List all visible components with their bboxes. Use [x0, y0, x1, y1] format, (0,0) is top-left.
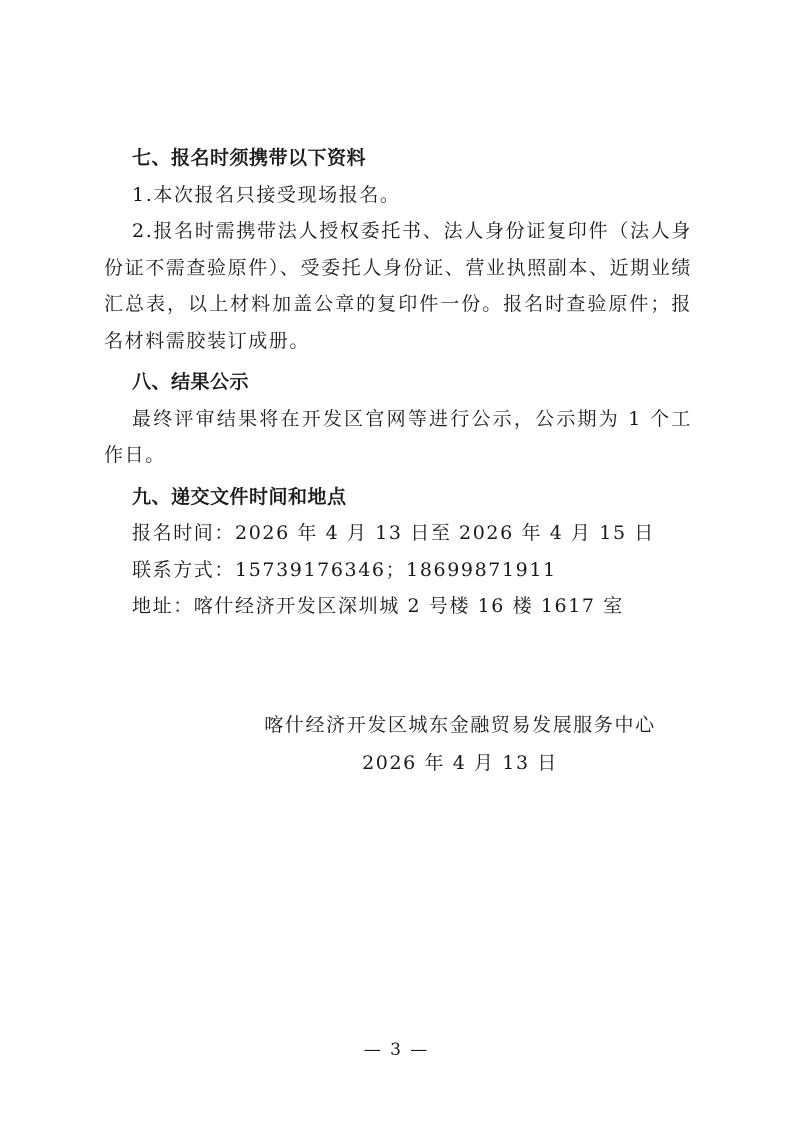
- signature-organization: 喀什经济开发区城东金融贸易发展服务中心: [240, 710, 680, 737]
- contact-info: 联系方式：15739176346；18699871911: [104, 552, 692, 589]
- page-number: — 3 —: [0, 1040, 793, 1060]
- address: 地址：喀什经济开发区深圳城 2 号楼 16 楼 1617 室: [104, 588, 692, 625]
- signature-date: 2026 年 4 月 13 日: [240, 748, 680, 775]
- section-registration-materials: 七、报名时须携带以下资料 1.本次报名只接受现场报名。 2.报名时需携带法人授权…: [104, 140, 692, 359]
- document-body: 七、报名时须携带以下资料 1.本次报名只接受现场报名。 2.报名时需携带法人授权…: [104, 140, 692, 625]
- paragraph: 最终评审结果将在开发区官网等进行公示，公示期为 1 个工作日。: [104, 401, 692, 474]
- registration-time: 报名时间：2026 年 4 月 13 日至 2026 年 4 月 15 日: [104, 515, 692, 552]
- document-page: 七、报名时须携带以下资料 1.本次报名只接受现场报名。 2.报名时需携带法人授权…: [0, 0, 793, 1122]
- paragraph: 2.报名时需携带法人授权委托书、法人身份证复印件（法人身份证不需查验原件）、受委…: [104, 213, 692, 359]
- section-heading: 九、递交文件时间和地点: [104, 479, 692, 516]
- section-result-announcement: 八、结果公示 最终评审结果将在开发区官网等进行公示，公示期为 1 个工作日。: [104, 364, 692, 474]
- section-submission-time-place: 九、递交文件时间和地点 报名时间：2026 年 4 月 13 日至 2026 年…: [104, 479, 692, 625]
- section-heading: 七、报名时须携带以下资料: [104, 140, 692, 177]
- section-heading: 八、结果公示: [104, 364, 692, 401]
- paragraph: 1.本次报名只接受现场报名。: [104, 177, 692, 214]
